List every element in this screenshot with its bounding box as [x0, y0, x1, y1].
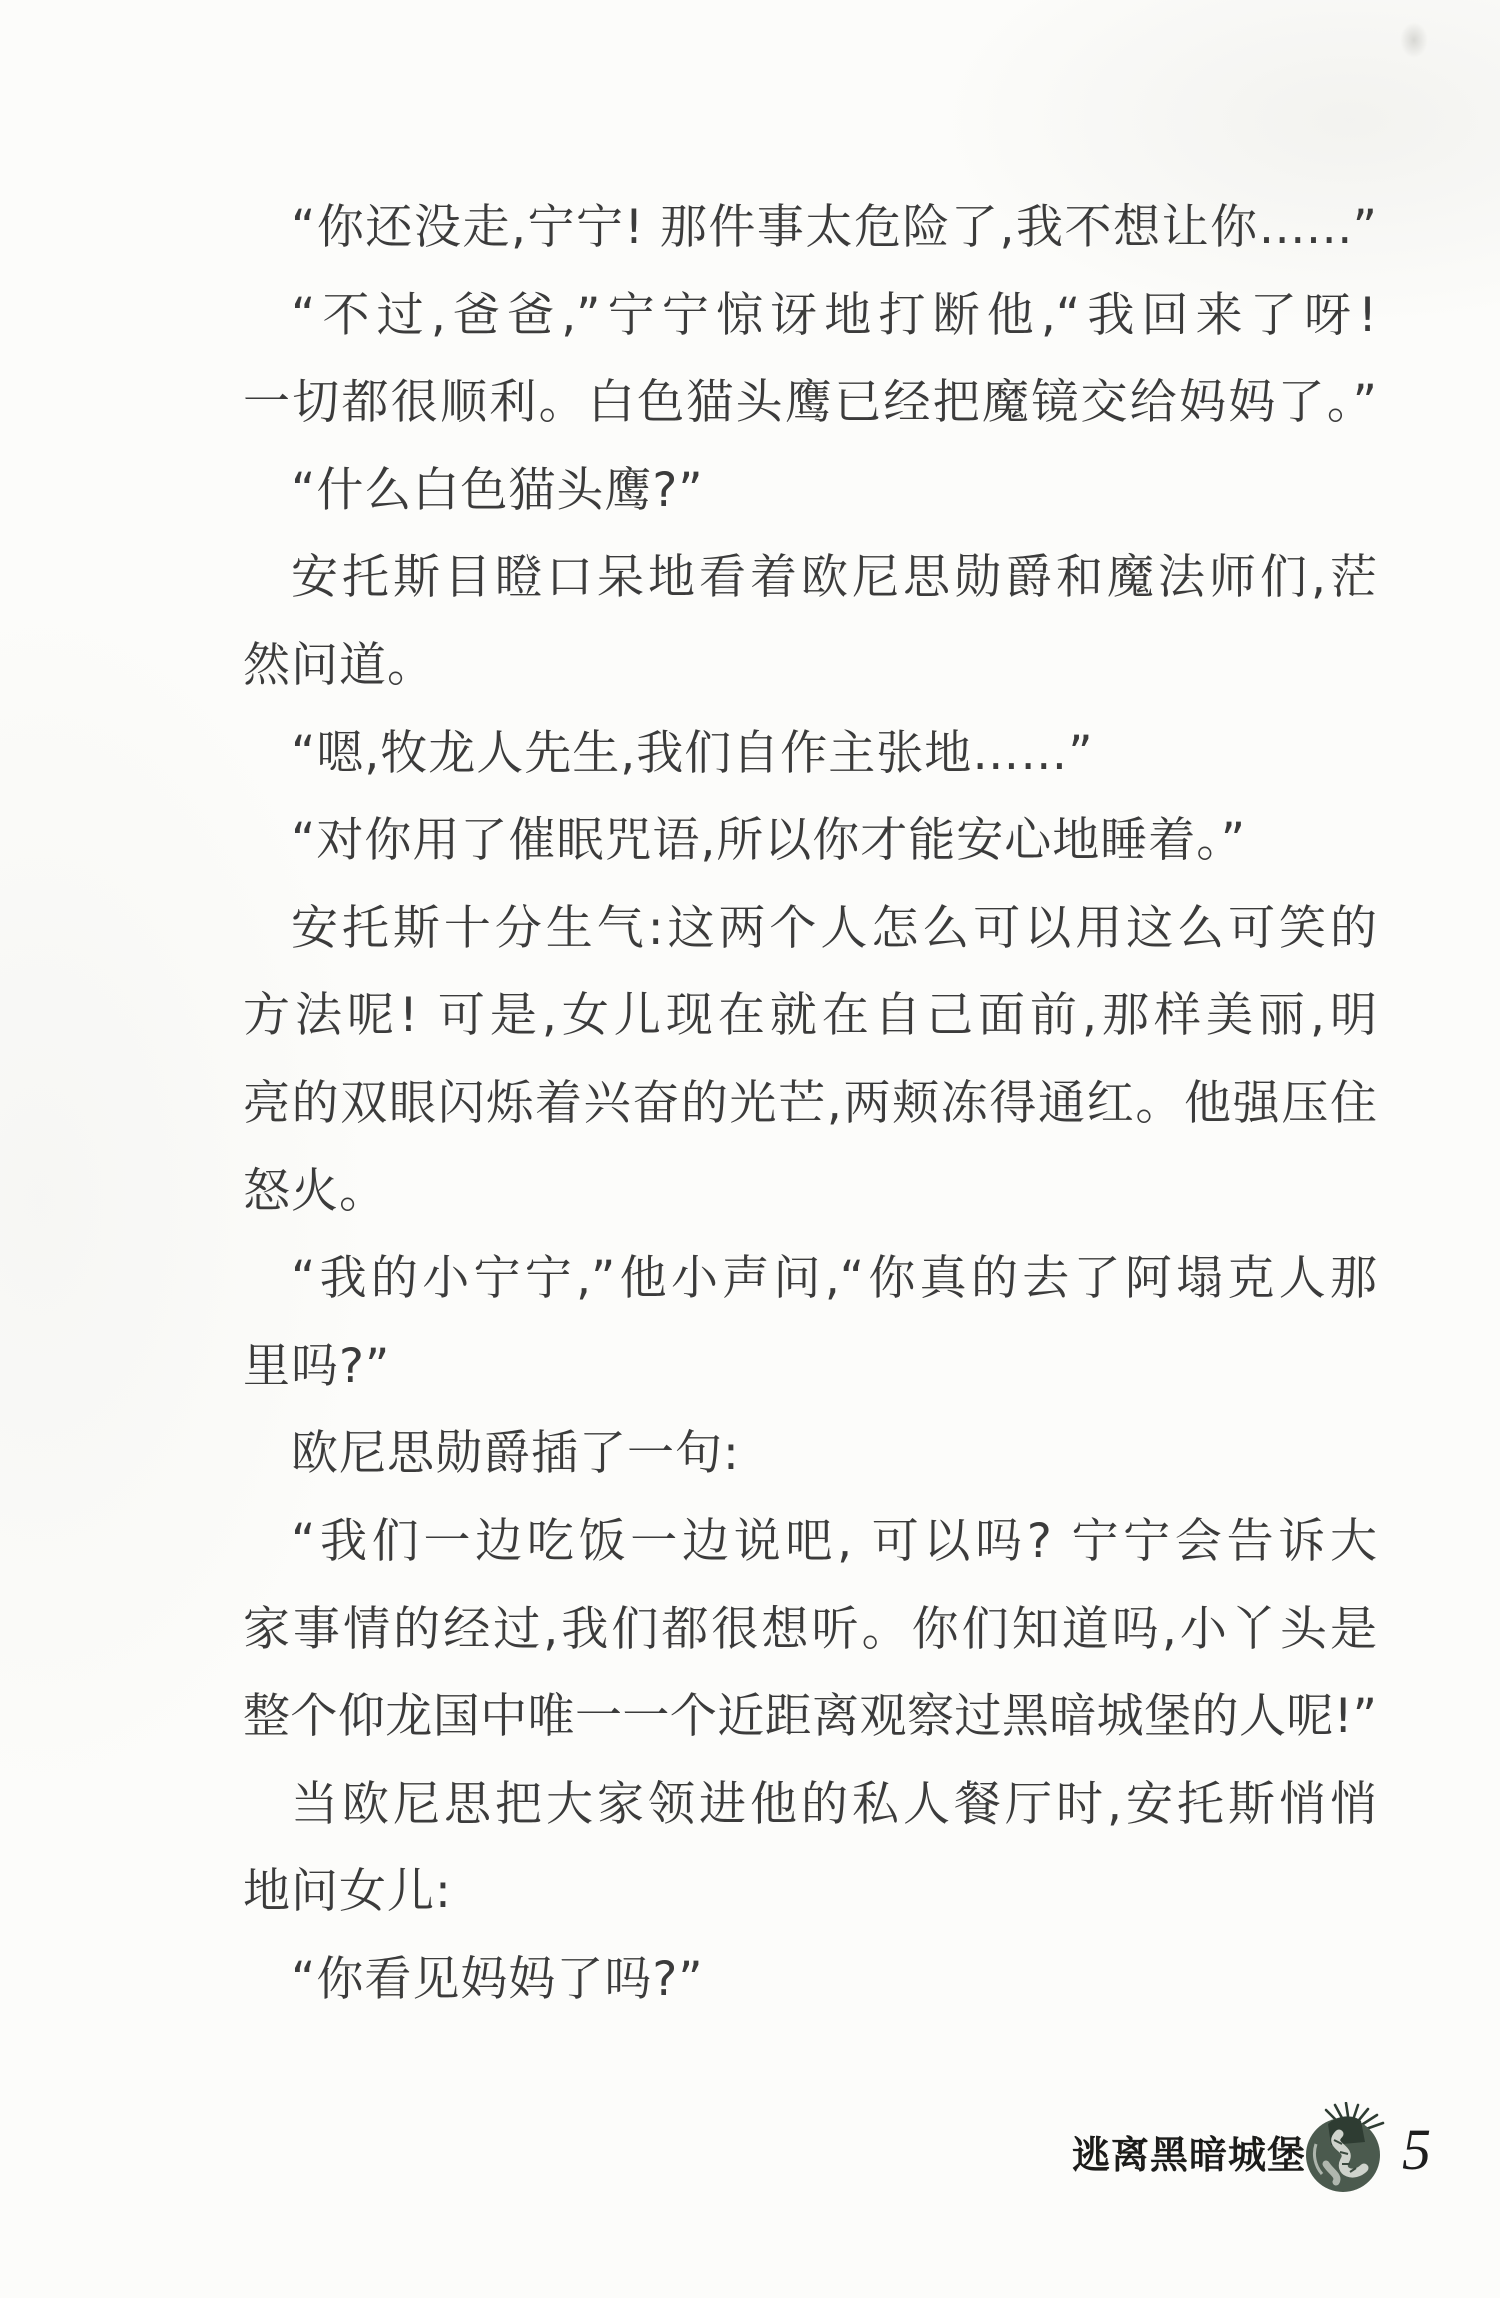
text-line-13: “我的小宁宁,”他小声问,“你真的去了阿塌克人那 — [243, 1235, 1377, 1323]
text-line-16: “我们一边吃饭一边说吧, 可以吗? 宁宁会告诉大 — [243, 1498, 1377, 1586]
page-number: 5 — [1402, 2118, 1431, 2182]
text-line-4: “什么白色猫头鹰?” — [243, 447, 1377, 535]
text-line-19: 当欧尼思把大家领进他的私人餐厅时,安托斯悄悄 — [243, 1761, 1377, 1849]
text-line-7: “嗯,牧龙人先生,我们自作主张地……” — [243, 710, 1377, 798]
text-line-21: “你看见妈妈了吗?” — [243, 1936, 1377, 2024]
text-line-9: 安托斯十分生气:这两个人怎么可以用这么可笑的 — [243, 885, 1377, 973]
body-text: “你还没走,宁宁! 那件事太危险了,我不想让你……”“不过,爸爸,”宁宁惊讶地打… — [243, 184, 1377, 2023]
text-line-14: 里吗?” — [243, 1323, 1377, 1411]
text-line-8: “对你用了催眠咒语,所以你才能安心地睡着。” — [243, 797, 1377, 885]
dragon-emblem-icon — [1298, 2102, 1390, 2196]
text-line-15: 欧尼思勋爵插了一句: — [243, 1410, 1377, 1498]
text-line-3: 一切都很顺利。白色猫头鹰已经把魔镜交给妈妈了。” — [243, 359, 1377, 447]
text-line-18: 整个仰龙国中唯一一个近距离观察过黑暗城堡的人呢!” — [243, 1673, 1377, 1761]
text-line-17: 家事情的经过,我们都很想听。你们知道吗,小丫头是 — [243, 1586, 1377, 1674]
text-line-5: 安托斯目瞪口呆地看着欧尼思勋爵和魔法师们,茫 — [243, 534, 1377, 622]
book-page: “你还没走,宁宁! 那件事太危险了,我不想让你……”“不过,爸爸,”宁宁惊讶地打… — [0, 0, 1500, 2298]
text-line-1: “你还没走,宁宁! 那件事太危险了,我不想让你……” — [243, 184, 1377, 272]
text-line-10: 方法呢! 可是,女儿现在就在自己面前,那样美丽,明 — [243, 972, 1377, 1060]
footer-book-title: 逃离黑暗城堡 — [1072, 2133, 1306, 2177]
text-line-2: “不过,爸爸,”宁宁惊讶地打断他,“我回来了呀! — [243, 272, 1377, 360]
text-line-20: 地问女儿: — [243, 1848, 1377, 1936]
text-line-12: 怒火。 — [243, 1148, 1377, 1236]
text-line-6: 然问道。 — [243, 622, 1377, 710]
scan-smudge — [1400, 22, 1428, 58]
text-line-11: 亮的双眼闪烁着兴奋的光芒,两颊冻得通红。他强压住 — [243, 1060, 1377, 1148]
